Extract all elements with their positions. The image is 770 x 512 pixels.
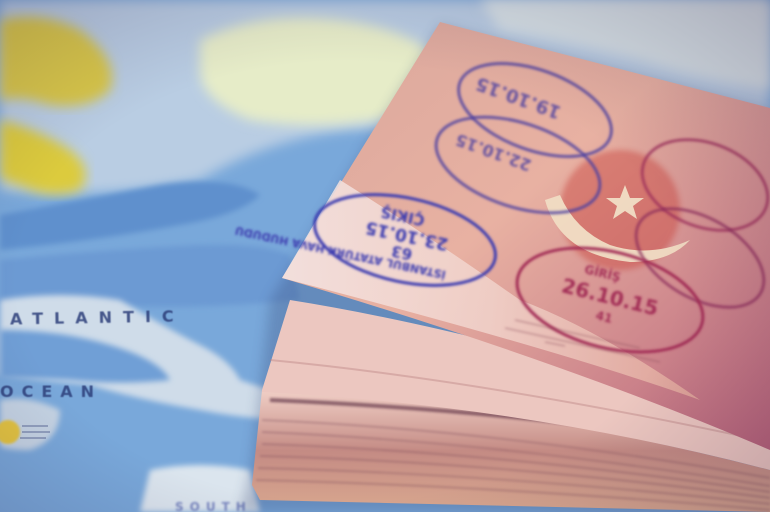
passport: 19.10.15 22.10.15 İSTANBUL ATATÜRK HAVA … xyxy=(0,0,770,512)
photo-scene: ATLANTIC OCEAN SOUTH xyxy=(0,0,770,512)
